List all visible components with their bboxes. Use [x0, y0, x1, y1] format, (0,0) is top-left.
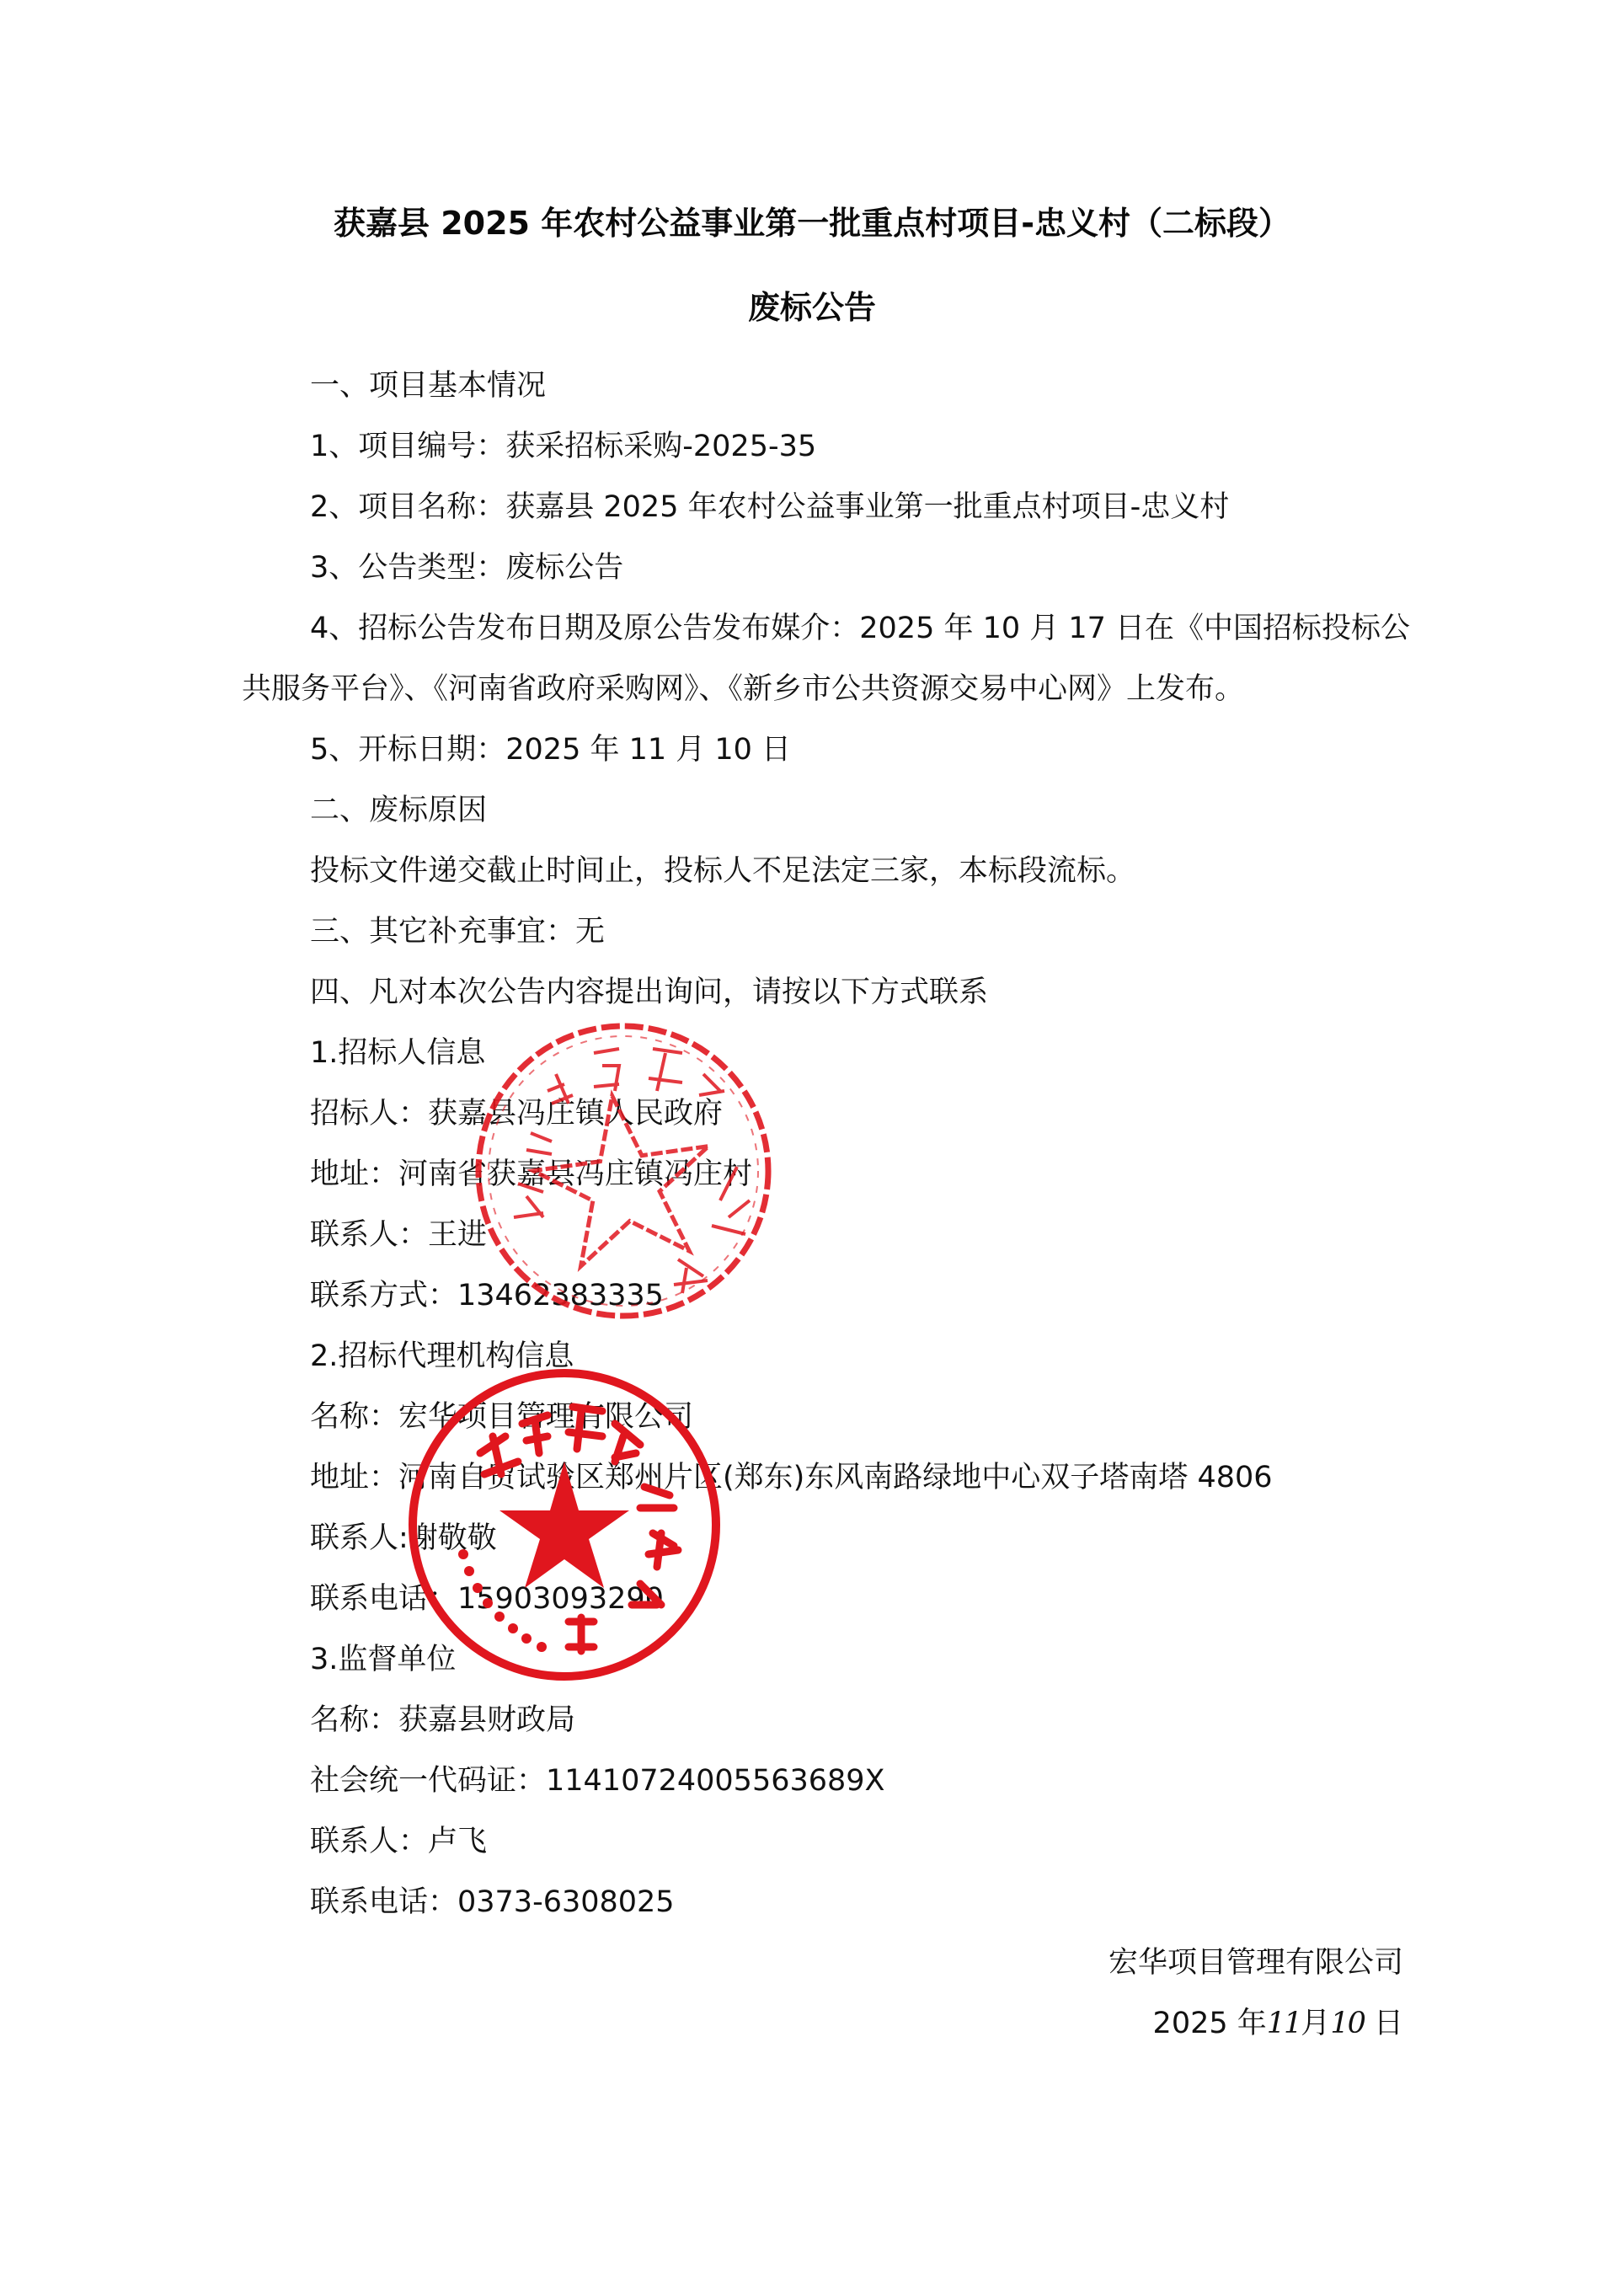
- document-title: 获嘉县 2025 年农村公益事业第一批重点村项目-忠义村（二标段）: [0, 197, 1624, 243]
- agency-contact: 联系人:谢敬敬: [310, 1520, 497, 1557]
- supervisor-name: 名称：获嘉县财政局: [310, 1702, 575, 1739]
- supervisor-phone: 联系电话：0373-6308025: [310, 1884, 675, 1921]
- notice-type: 3、公告类型：废标公告: [310, 549, 623, 586]
- agency-heading: 2.招标代理机构信息: [310, 1338, 574, 1375]
- publication-info-line1: 4、招标公告发布日期及原公告发布媒介：2025 年 10 月 17 日在《中国招…: [310, 610, 1410, 647]
- tenderer-phone: 联系方式：13462383335: [310, 1277, 664, 1314]
- supervisor-heading: 3.监督单位: [310, 1641, 456, 1678]
- document-page: 获嘉县 2025 年农村公益事业第一批重点村项目-忠义村（二标段） 废标公告 一…: [0, 0, 1624, 2288]
- supervisor-credit-code: 社会统一代码证：11410724005563689X: [310, 1762, 885, 1799]
- signature-date-day: 10: [1330, 2007, 1365, 2040]
- section-heading-basic-info: 一、项目基本情况: [310, 367, 546, 404]
- section-heading-reason: 二、废标原因: [310, 792, 487, 829]
- bid-opening-date: 5、开标日期：2025 年 11 月 10 日: [310, 731, 791, 768]
- signature-date-month: 11: [1267, 2007, 1301, 2040]
- agency-address: 地址：河南自贸试验区郑州片区(郑东)东风南路绿地中心双子塔南塔 4806: [310, 1459, 1273, 1496]
- tenderer-name: 招标人：获嘉县冯庄镇人民政府: [310, 1095, 723, 1132]
- supervisor-contact: 联系人：卢飞: [310, 1823, 487, 1860]
- project-name: 2、项目名称：获嘉县 2025 年农村公益事业第一批重点村项目-忠义村: [310, 489, 1229, 526]
- project-number: 1、项目编号：获采招标采购-2025-35: [310, 428, 816, 465]
- document-subtitle: 废标公告: [0, 281, 1624, 328]
- publication-info-line2: 共服务平台》、《河南省政府采购网》、《新乡市公共资源交易中心网》上发布。: [242, 671, 1244, 708]
- signature-date-year: 2025 年: [1153, 2007, 1267, 2040]
- tenderer-contact: 联系人：王进: [310, 1216, 487, 1254]
- tenderer-heading: 1.招标人信息: [310, 1034, 485, 1072]
- agency-name: 名称：宏华项目管理有限公司: [310, 1398, 693, 1435]
- section-heading-contact: 四、凡对本次公告内容提出询问，请按以下方式联系: [310, 974, 988, 1011]
- section-heading-other: 三、其它补充事宜：无: [310, 913, 605, 950]
- signature-company: 宏华项目管理有限公司: [1108, 1944, 1403, 1981]
- signature-date-day-label: 日: [1365, 2007, 1403, 2040]
- reason-text: 投标文件递交截止时间止，投标人不足法定三家，本标段流标。: [310, 853, 1135, 890]
- tenderer-address: 地址：河南省获嘉县冯庄镇冯庄村: [310, 1156, 752, 1193]
- signature-date-month-label: 月: [1301, 2007, 1330, 2040]
- agency-phone: 联系电话：15903093290: [310, 1580, 664, 1617]
- signature-date: 2025 年11月10 日: [1153, 2005, 1403, 2042]
